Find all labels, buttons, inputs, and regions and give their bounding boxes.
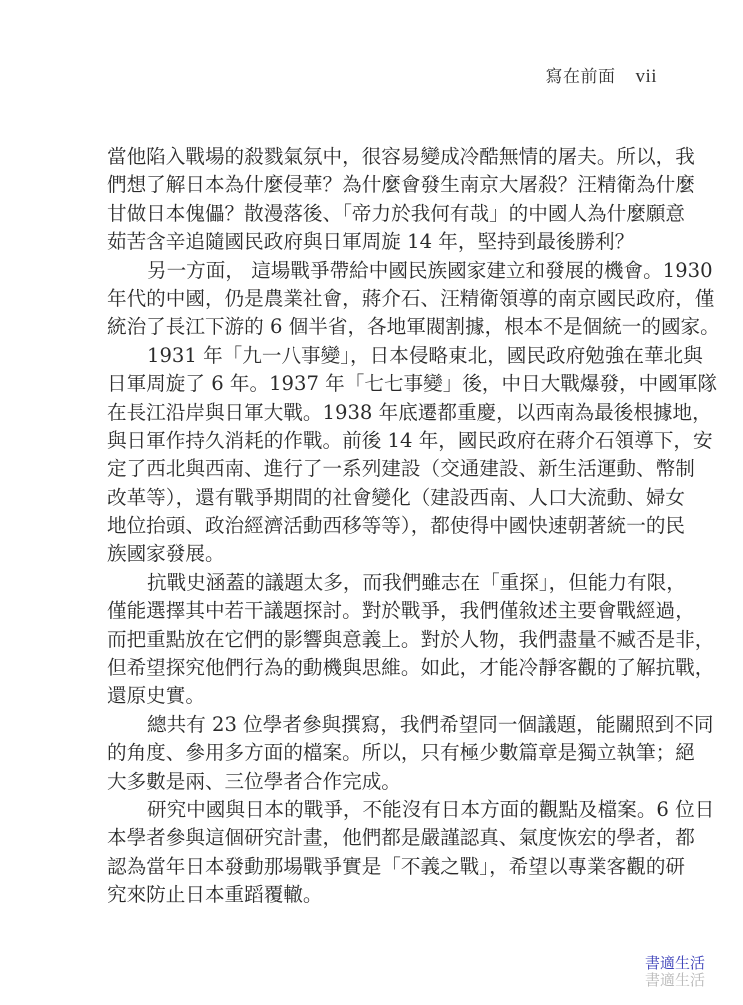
chapter-title: 寫在前面 [546,67,616,87]
text-line: 統治了長江下游的 6 個半省，各地軍閥割據，根本不是個統一的國家。 [107,313,656,341]
watermark-line-2: 書適生活 [645,972,705,989]
paragraph-1: 當他陷入戰場的殺戮氣氛中，很容易變成冷酷無情的屠夫。所以，我 們想了解日本為什麼… [107,143,656,257]
body-text: 當他陷入戰場的殺戮氣氛中，很容易變成冷酷無情的屠夫。所以，我 們想了解日本為什麼… [107,143,656,910]
text-line: 的角度、參用多方面的檔案。所以，只有極少數篇章是獨立執筆；絕 [107,739,656,767]
text-line: 但希望探究他們行為的動機與思維。如此，才能冷靜客觀的了解抗戰， [107,654,656,682]
watermark: 書適生活 書適生活 [645,955,705,989]
text-line: 而把重點放在它們的影響與意義上。對於人物，我們盡量不臧否是非， [107,626,656,654]
page-number: vii [635,66,657,87]
text-line: 年代的中國，仍是農業社會，蔣介石、汪精衛領導的南京國民政府，僅 [107,285,656,313]
text-line: 研究中國與日本的戰爭，不能沒有日本方面的觀點及檔案。6 位日 [107,796,656,824]
text-line: 總共有 23 位學者參與撰寫，我們希望同一個議題，能關照到不同 [107,711,656,739]
paragraph-4: 抗戰史涵蓋的議題太多，而我們雖志在「重探」，但能力有限， 僅能選擇其中若干議題探… [107,569,656,711]
watermark-line-1: 書適生活 [645,955,705,972]
paragraph-3: 1931 年「九一八事變」，日本侵略東北，國民政府勉強在華北與 日軍周旋了 6 … [107,342,656,569]
text-line: 日軍周旋了 6 年。1937 年「七七事變」後，中日大戰爆發，中國軍隊 [107,370,656,398]
text-line: 究來防止日本重蹈覆轍。 [107,881,656,909]
text-line: 與日軍作持久消耗的作戰。前後 14 年，國民政府在蔣介石領導下，安 [107,427,656,455]
text-line: 改革等），還有戰爭期間的社會變化（建設西南、人口大流動、婦女 [107,484,656,512]
paragraph-2: 另一方面， 這場戰爭帶給中國民族國家建立和發展的機會。1930 年代的中國，仍是… [107,257,656,342]
text-line: 本學者參與這個研究計畫，他們都是嚴謹認真、氣度恢宏的學者，都 [107,824,656,852]
text-line: 僅能選擇其中若干議題探討。對於戰爭，我們僅敘述主要會戰經過， [107,597,656,625]
text-line: 在長江沿岸與日軍大戰。1938 年底遷都重慶，以西南為最後根據地， [107,399,656,427]
text-line: 大多數是兩、三位學者合作完成。 [107,768,656,796]
text-line: 地位抬頭、政治經濟活動西移等等），都使得中國快速朝著統一的民 [107,512,656,540]
text-line: 族國家發展。 [107,540,656,568]
text-line: 抗戰史涵蓋的議題太多，而我們雖志在「重探」，但能力有限， [107,569,656,597]
text-line: 還原史實。 [107,682,656,710]
paragraph-6: 研究中國與日本的戰爭，不能沒有日本方面的觀點及檔案。6 位日 本學者參與這個研究… [107,796,656,910]
text-line: 們想了解日本為什麼侵華？為什麼會發生南京大屠殺？汪精衛為什麼 [107,171,656,199]
text-line: 定了西北與西南、進行了一系列建設（交通建設、新生活運動、幣制 [107,455,656,483]
text-line: 茹苦含辛追隨國民政府與日軍周旋 14 年，堅持到最後勝利？ [107,228,656,256]
running-head: 寫在前面 vii [546,62,657,88]
text-line: 甘做日本傀儡？散漫落後、「帝力於我何有哉」的中國人為什麼願意 [107,200,656,228]
paragraph-5: 總共有 23 位學者參與撰寫，我們希望同一個議題，能關照到不同 的角度、參用多方… [107,711,656,796]
text-line: 另一方面， 這場戰爭帶給中國民族國家建立和發展的機會。1930 [107,257,656,285]
text-line: 1931 年「九一八事變」，日本侵略東北，國民政府勉強在華北與 [107,342,656,370]
text-line: 認為當年日本發動那場戰爭實是「不義之戰」，希望以專業客觀的研 [107,853,656,881]
text-line: 當他陷入戰場的殺戮氣氛中，很容易變成冷酷無情的屠夫。所以，我 [107,143,656,171]
